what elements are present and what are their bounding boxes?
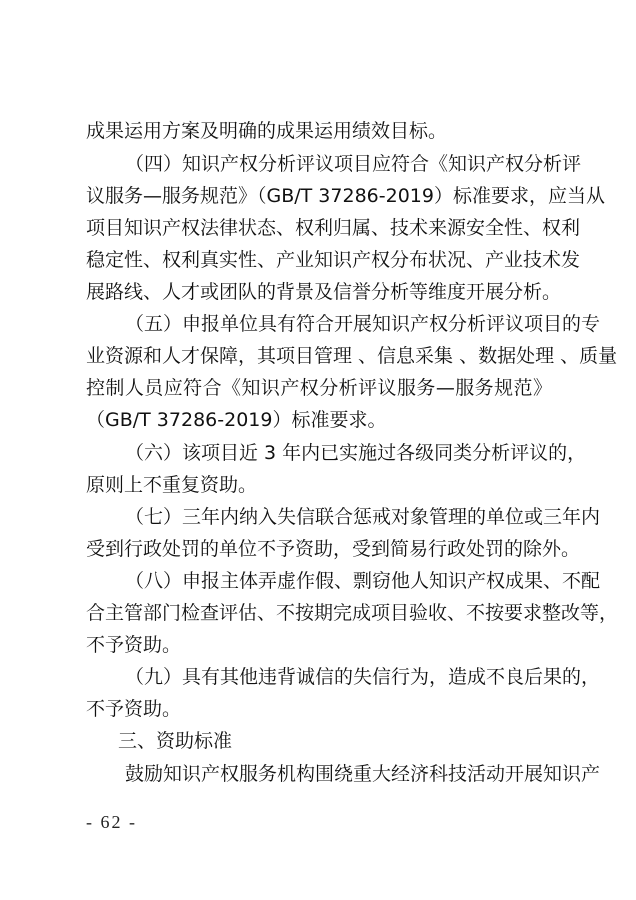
- text-line: （GB/T 37286-2019）标准要求。: [86, 405, 552, 435]
- paragraph-start: 鼓励知识产权服务机构围绕重大经济科技活动开展知识产: [125, 759, 552, 789]
- text-line: 不予资助。: [86, 630, 552, 660]
- text-line: 业资源和人才保障，其项目管理 、信息采集 、数据处理 、质量: [86, 341, 552, 371]
- paragraph-9-start: （九）具有其他违背诚信的失信行为，造成不良后果的，: [125, 662, 552, 692]
- text-line: 成果运用方案及明确的成果运用绩效目标。: [86, 116, 552, 146]
- paragraph-4-start: （四）知识产权分析评议项目应符合《知识产权分析评: [125, 149, 552, 179]
- paragraph-8-start: （八）申报主体弄虚作假、剽窃他人知识产权成果、不配: [125, 566, 552, 596]
- text-line: 受到行政处罚的单位不予资助，受到简易行政处罚的除外。: [86, 534, 552, 564]
- text-line: 不予资助。: [86, 694, 552, 724]
- paragraph-7-start: （七）三年内纳入失信联合惩戒对象管理的单位或三年内: [125, 502, 552, 532]
- page-number: - 62 -: [86, 812, 137, 833]
- section-heading: 三、资助标准: [118, 726, 584, 756]
- text-line: 项目知识产权法律状态、权利归属、技术来源安全性、权利: [86, 213, 552, 243]
- text-line: 议服务—服务规范》（GB/T 37286-2019）标准要求，应当从: [86, 181, 552, 211]
- text-line: 展路线、人才或团队的背景及信誉分析等维度开展分析。: [86, 277, 552, 307]
- paragraph-6-start: （六）该项目近 3 年内已实施过各级同类分析评议的，: [125, 438, 552, 468]
- text-line: 稳定性、权利真实性、产业知识产权分布状况、产业技术发: [86, 245, 552, 275]
- text-line: 合主管部门检查评估、不按期完成项目验收、不按要求整改等，: [86, 598, 552, 628]
- text-line: 原则上不重复资助。: [86, 470, 552, 500]
- document-page: 成果运用方案及明确的成果运用绩效目标。 （四）知识产权分析评议项目应符合《知识产…: [0, 0, 636, 900]
- paragraph-5-start: （五）申报单位具有符合开展知识产权分析评议项目的专: [125, 309, 552, 339]
- text-line: 控制人员应符合《知识产权分析评议服务—服务规范》: [86, 373, 552, 403]
